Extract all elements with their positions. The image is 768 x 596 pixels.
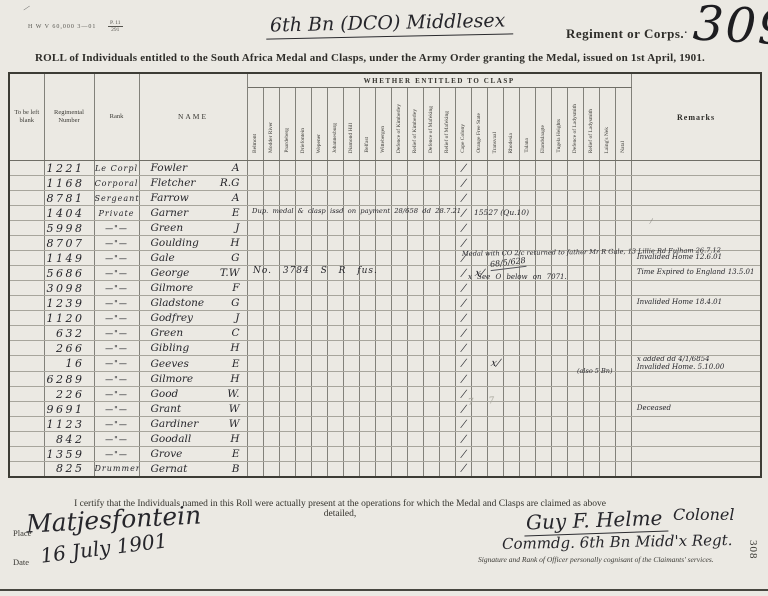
roll-row: 9691—"—GrantW/Deceased <box>9 402 761 417</box>
regimental-number-cell: 632 <box>44 326 94 341</box>
clasp-cell <box>295 432 311 447</box>
clasp-cell <box>423 221 439 236</box>
clasp-cell <box>535 161 551 176</box>
clasp-cell <box>519 447 535 462</box>
clasp-cell <box>583 266 599 281</box>
clasp-cell <box>551 356 567 372</box>
clasp-cell <box>247 417 263 432</box>
regimental-number-cell: 226 <box>44 387 94 402</box>
clasp-column-header: Modder River <box>263 88 279 161</box>
clasp-column-label: Modder River <box>264 122 279 153</box>
clasp-column-header: Relief of Mafeking <box>439 88 455 161</box>
initials: R.G <box>220 177 240 189</box>
clasp-cell <box>487 176 503 191</box>
clasp-cell <box>583 206 599 221</box>
clasp-cell <box>359 462 375 477</box>
clasp-cell <box>343 191 359 206</box>
clasp-column-header: Johannesburg <box>327 88 343 161</box>
clasp-cell <box>551 417 567 432</box>
clasp-cell <box>519 387 535 402</box>
clasp-cell <box>535 462 551 477</box>
surname: Gibling <box>151 342 190 354</box>
name-cell: GrantW <box>139 402 247 417</box>
clasp-cell <box>295 176 311 191</box>
rank-cell: —"— <box>94 341 139 356</box>
clasp-cell <box>343 251 359 266</box>
remark-cell <box>631 281 761 296</box>
clasp-cell <box>375 326 391 341</box>
clasp-cell <box>439 221 455 236</box>
remark-cell <box>631 191 761 206</box>
name-cell: GroveE <box>139 447 247 462</box>
clasp-cell <box>487 462 503 477</box>
clasp-cell <box>391 191 407 206</box>
rank-cell: —"— <box>94 281 139 296</box>
clasp-cell <box>407 191 423 206</box>
blank-cell <box>9 341 44 356</box>
clasp-cell <box>567 311 583 326</box>
remark-cell <box>631 326 761 341</box>
blank-cell <box>9 417 44 432</box>
col-header-remarks: Remarks <box>631 73 761 161</box>
clasp-cell <box>247 161 263 176</box>
clasp-cell <box>503 402 519 417</box>
clasp-column-header: Defence of Mafeking <box>423 88 439 161</box>
blank-cell <box>9 372 44 387</box>
clasp-cell <box>407 402 423 417</box>
clasp-tick: / <box>455 342 471 355</box>
clasp-cell <box>343 326 359 341</box>
clasp-cell <box>327 341 343 356</box>
clasp-cell <box>327 236 343 251</box>
regimental-number-cell: 266 <box>44 341 94 356</box>
clasp-cell <box>263 462 279 477</box>
clasp-cell <box>615 266 631 281</box>
clasp-cell <box>391 462 407 477</box>
clasp-cell: / <box>455 432 471 447</box>
clasp-cell <box>263 326 279 341</box>
clasp-cell <box>615 387 631 402</box>
clasp-cell <box>343 296 359 311</box>
clasp-cell <box>311 387 327 402</box>
clasp-cell <box>471 236 487 251</box>
name-cell: FletcherR.G <box>139 176 247 191</box>
name-cell: GeorgeT.W <box>139 266 247 281</box>
clasp-cell <box>423 341 439 356</box>
ink-dot: . <box>684 22 688 38</box>
clasp-cell <box>359 372 375 387</box>
clasp-cell <box>439 341 455 356</box>
clasp-cell <box>407 341 423 356</box>
surname: Gale <box>151 252 175 264</box>
fraction-bottom: 291 <box>111 27 119 33</box>
clasp-cell <box>359 311 375 326</box>
regimental-number-cell: 6289 <box>44 372 94 387</box>
clasp-cell <box>247 462 263 477</box>
clasp-cell <box>471 296 487 311</box>
clasp-cell <box>599 387 615 402</box>
clasp-cell <box>535 326 551 341</box>
clasp-cell <box>279 432 295 447</box>
initials: C <box>231 327 239 339</box>
surname: Gladstone <box>151 297 205 309</box>
clasp-cell <box>535 432 551 447</box>
clasp-cell <box>311 191 327 206</box>
remark-cell <box>631 462 761 477</box>
initials: H <box>230 342 239 354</box>
remark-cell: x added dd 4/1/6854Invalided Home. 5.10.… <box>631 356 761 372</box>
clasp-cell <box>519 462 535 477</box>
clasp-cell <box>615 372 631 387</box>
initials: J <box>235 312 239 324</box>
clasp-cell <box>295 372 311 387</box>
clasp-cell <box>519 372 535 387</box>
clasp-cell <box>279 402 295 417</box>
clasp-cell <box>359 251 375 266</box>
rank-cell: Corporal <box>94 176 139 191</box>
rank-cell: Sergeant <box>94 191 139 206</box>
clasp-tick: / <box>455 192 471 205</box>
col-header-name: NAME <box>139 73 247 161</box>
roll-row: 1168CorporalFletcherR.G/ <box>9 176 761 191</box>
clasp-cell <box>439 447 455 462</box>
clasp-cell <box>439 296 455 311</box>
clasp-cell <box>391 432 407 447</box>
surname: Grant <box>151 403 182 415</box>
clasp-cell <box>551 206 567 221</box>
clasp-cell <box>327 191 343 206</box>
signature-caption: Signature and Rank of Officer personally… <box>478 555 714 564</box>
clasp-cell <box>327 462 343 477</box>
clasp-cell <box>279 236 295 251</box>
page-number-handwritten: 309 <box>692 0 768 55</box>
clasp-cell <box>311 176 327 191</box>
blank-cell <box>9 356 44 372</box>
clasp-cell: / <box>455 296 471 311</box>
clasp-cell <box>567 191 583 206</box>
clasp-cell <box>359 296 375 311</box>
clasp-column-label: Natal <box>616 141 631 153</box>
clasp-cell <box>391 447 407 462</box>
clasp-cell <box>247 236 263 251</box>
remark-cell <box>631 447 761 462</box>
clasp-column-header: Natal <box>615 88 631 161</box>
clasp-cell <box>311 341 327 356</box>
clasp-cell <box>567 387 583 402</box>
clasp-cell <box>439 387 455 402</box>
initials: J <box>235 222 239 234</box>
clasp-cell <box>551 296 567 311</box>
surname: Good <box>151 388 179 400</box>
clasp-tick: / <box>455 312 471 325</box>
remark-cell: Invalided Home 18.4.01 <box>631 296 761 311</box>
clasp-cell <box>439 161 455 176</box>
clasp-cell <box>423 266 439 281</box>
clasp-cell <box>391 341 407 356</box>
clasp-cell <box>535 221 551 236</box>
clasp-cell <box>391 161 407 176</box>
clasp-cell <box>503 191 519 206</box>
clasp-cell <box>343 236 359 251</box>
clasp-cell <box>439 281 455 296</box>
clasp-tick: / <box>455 418 471 431</box>
clasp-cell <box>615 341 631 356</box>
name-cell: GladstoneG <box>139 296 247 311</box>
blank-cell <box>9 221 44 236</box>
clasp-cell <box>311 251 327 266</box>
clasp-cell <box>375 221 391 236</box>
clasp-cell <box>263 236 279 251</box>
geeves-also-5bn-note: (also 5 Bn) <box>577 367 613 375</box>
clasp-cell <box>567 341 583 356</box>
clasp-cell <box>343 281 359 296</box>
clasp-cell <box>567 402 583 417</box>
clasp-cell <box>279 372 295 387</box>
clasp-column-header: Belfast <box>359 88 375 161</box>
clasp-cell <box>295 387 311 402</box>
clasp-cell <box>407 372 423 387</box>
clasp-cell <box>535 281 551 296</box>
clasp-cell <box>599 221 615 236</box>
clasp-cell <box>567 281 583 296</box>
clasp-column-label: Diamond Hill <box>344 123 359 153</box>
surname: Gilmore <box>151 373 194 385</box>
clasp-column-label: Talana <box>520 138 535 153</box>
clasp-cell <box>583 341 599 356</box>
surname: Garner <box>151 207 189 219</box>
clasp-cell <box>359 281 375 296</box>
clasp-cell <box>295 251 311 266</box>
clasp-cell <box>487 372 503 387</box>
clasp-cell <box>583 402 599 417</box>
clasp-cell <box>391 356 407 372</box>
clasp-cell <box>423 432 439 447</box>
clasp-cell <box>407 251 423 266</box>
clasp-cell <box>503 311 519 326</box>
initials: H <box>230 373 239 385</box>
clasp-cell <box>615 462 631 477</box>
clasp-cell <box>439 372 455 387</box>
roll-row: 1120—"—GodfreyJ/ <box>9 311 761 326</box>
clasp-tick: / <box>455 162 471 175</box>
clasp-cell <box>599 191 615 206</box>
clasp-cell <box>407 161 423 176</box>
clasp-cell <box>343 221 359 236</box>
clasp-cell <box>311 161 327 176</box>
remark-cell: Deceased <box>631 402 761 417</box>
clasp-cell <box>327 387 343 402</box>
remark-cell <box>631 311 761 326</box>
clasp-cell <box>519 356 535 372</box>
clasp-cell <box>375 402 391 417</box>
clasp-cell <box>359 326 375 341</box>
clasp-cell <box>551 176 567 191</box>
clasp-cell: / <box>455 356 471 372</box>
officer-command-handwritten: Commdg. 6th Bn Midd'x Regt. <box>502 531 733 553</box>
clasp-cell <box>263 402 279 417</box>
clasp-cell <box>375 372 391 387</box>
clasp-cell <box>439 266 455 281</box>
clasp-cell <box>247 387 263 402</box>
clasp-cell <box>263 447 279 462</box>
clasp-cell <box>487 236 503 251</box>
clasp-cell <box>503 326 519 341</box>
clasp-cell <box>311 281 327 296</box>
clasp-cell <box>311 462 327 477</box>
rank-cell: —"— <box>94 326 139 341</box>
clasp-cell <box>375 281 391 296</box>
clasp-cell <box>375 432 391 447</box>
clasp-cell <box>439 326 455 341</box>
clasp-cell <box>503 417 519 432</box>
clasp-cell <box>311 402 327 417</box>
remark-cell <box>631 372 761 387</box>
clasp-cell <box>599 266 615 281</box>
clasp-column-label: Belfast <box>360 137 375 153</box>
clasp-cell <box>327 176 343 191</box>
clasp-cell <box>263 281 279 296</box>
side-page-number: 308 <box>747 540 759 560</box>
garner-reference-note: 15527 (Qu.10) <box>474 208 529 217</box>
clasp-band-header: WHETHER ENTITLED TO CLASP <box>247 73 631 88</box>
clasp-cell <box>423 372 439 387</box>
clasp-cell <box>615 356 631 372</box>
roll-row: 825DrummerGernatB/ <box>9 462 761 477</box>
clasp-cell <box>295 236 311 251</box>
rank-cell: —"— <box>94 387 139 402</box>
clasp-cell: / <box>455 236 471 251</box>
clasp-cell <box>519 341 535 356</box>
clasp-cell <box>583 462 599 477</box>
remark-cell <box>631 417 761 432</box>
clasp-cell: / <box>455 326 471 341</box>
roll-row: 1239—"—GladstoneG/Invalided Home 18.4.01 <box>9 296 761 311</box>
regimental-number-cell: 1359 <box>44 447 94 462</box>
clasp-cell <box>295 311 311 326</box>
clasp-cell <box>583 432 599 447</box>
clasp-tick: / <box>455 462 471 475</box>
clasp-cell <box>375 356 391 372</box>
clasp-cell <box>535 447 551 462</box>
clasp-cell <box>295 402 311 417</box>
clasp-cell <box>583 447 599 462</box>
clasp-cell <box>535 402 551 417</box>
rank-cell: —"— <box>94 236 139 251</box>
clasp-cell <box>391 311 407 326</box>
clasp-cell <box>615 191 631 206</box>
clasp-cell <box>247 341 263 356</box>
remark-line: Invalided Home 12.6.01 <box>637 254 761 262</box>
scanned-medal-roll-page: ⁄ H W V 60,000 3—01 P. 11 291 6th Bn (DC… <box>0 0 768 596</box>
roll-row: 6289—"—GilmoreH/ <box>9 372 761 387</box>
clasp-cell <box>247 402 263 417</box>
clasp-cell <box>551 311 567 326</box>
clasp-cell <box>375 311 391 326</box>
clasp-cell <box>535 311 551 326</box>
clasp-cell <box>535 387 551 402</box>
clasp-cell <box>615 176 631 191</box>
clasp-cell <box>295 356 311 372</box>
clasp-cell <box>407 221 423 236</box>
clasp-cell <box>535 206 551 221</box>
clasp-cell <box>567 417 583 432</box>
clasp-cell <box>391 387 407 402</box>
name-cell: GeevesE <box>139 356 247 372</box>
name-cell: GilmoreH <box>139 372 247 387</box>
clasp-cell <box>263 296 279 311</box>
clasp-cell <box>279 176 295 191</box>
clasp-cell <box>391 296 407 311</box>
clasp-cell <box>423 251 439 266</box>
blank-cell <box>9 296 44 311</box>
name-cell: GreenC <box>139 326 247 341</box>
clasp-cell <box>439 432 455 447</box>
clasp-cell <box>599 462 615 477</box>
clasp-cell <box>551 432 567 447</box>
clasp-cell <box>279 387 295 402</box>
clasp-cell <box>375 341 391 356</box>
clasp-cell <box>359 417 375 432</box>
clasp-tick: / <box>455 433 471 446</box>
form-reference-fraction: P. 11 291 <box>108 20 123 33</box>
clasp-cell <box>247 176 263 191</box>
clasp-cell <box>279 417 295 432</box>
clasp-cell <box>391 372 407 387</box>
clasp-column-label: Transvaal <box>488 132 503 154</box>
regiment-or-corps-label: Regiment or Corps. <box>566 26 684 42</box>
blank-cell <box>9 176 44 191</box>
initials: E <box>232 207 240 219</box>
rank-cell: —"— <box>94 221 139 236</box>
clasp-column-label: Laing's Nek <box>600 127 615 154</box>
rank-cell: —"— <box>94 296 139 311</box>
clasp-cell <box>519 281 535 296</box>
initials: W <box>229 418 240 430</box>
clasp-cell: / <box>455 462 471 477</box>
clasp-cell <box>343 311 359 326</box>
initials: E <box>232 448 240 460</box>
clasp-cell <box>263 176 279 191</box>
blank-cell <box>9 191 44 206</box>
roll-row: 1123—"—GardinerW/ <box>9 417 761 432</box>
clasp-column-label: Wittebergen <box>376 126 391 153</box>
clasp-cell <box>471 191 487 206</box>
roll-row: 8781SergeantFarrowA/ <box>9 191 761 206</box>
clasp-cell <box>519 432 535 447</box>
clasp-cell <box>327 161 343 176</box>
clasp-cell <box>423 417 439 432</box>
clasp-cell <box>423 161 439 176</box>
clasp-cell <box>359 176 375 191</box>
clasp-cell: / <box>455 447 471 462</box>
clasp-cell <box>359 402 375 417</box>
clasp-cell <box>327 372 343 387</box>
blank-cell <box>9 281 44 296</box>
clasp-cell <box>487 191 503 206</box>
initials: E <box>232 358 240 370</box>
clasp-cell <box>487 417 503 432</box>
clasp-cell <box>503 356 519 372</box>
clasp-cell <box>567 447 583 462</box>
blank-cell <box>9 326 44 341</box>
clasp-cell <box>263 161 279 176</box>
clasp-cell <box>583 387 599 402</box>
clasp-cell <box>247 221 263 236</box>
clasp-cell <box>615 281 631 296</box>
clasp-cell <box>423 236 439 251</box>
clasp-cell <box>311 372 327 387</box>
clasp-column-label: Relief of Ladysmith <box>584 109 599 153</box>
